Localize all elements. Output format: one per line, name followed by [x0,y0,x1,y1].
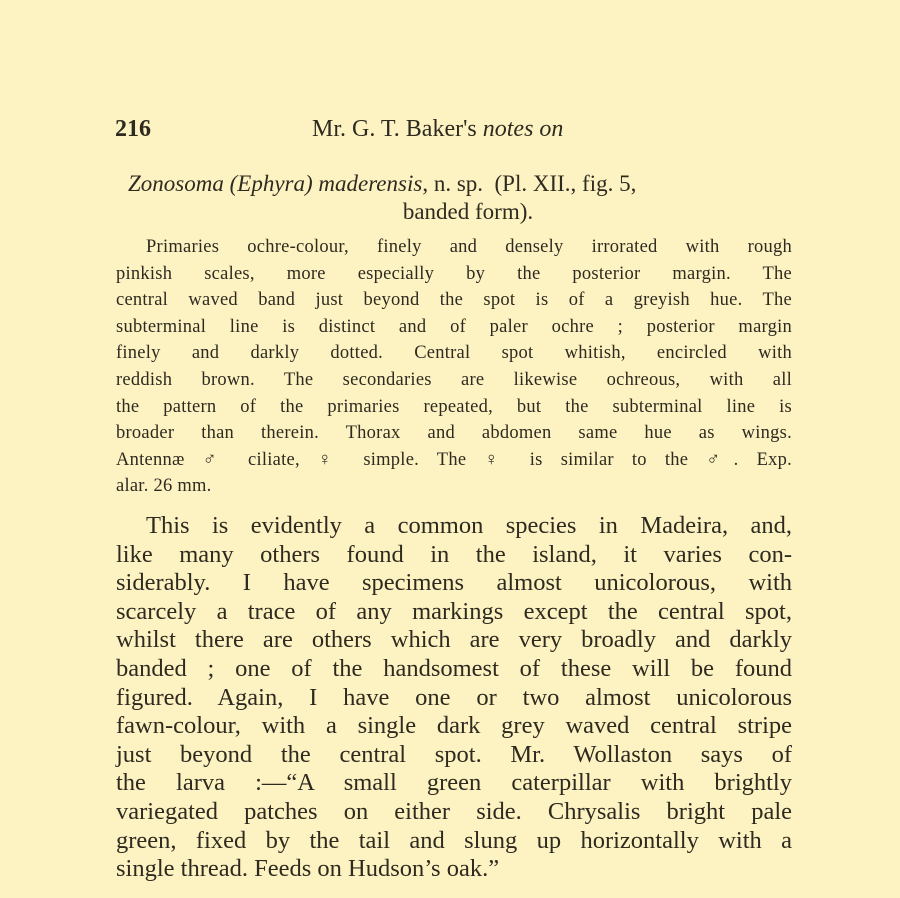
description-line: alar. 26 mm. [116,473,792,500]
body-line: scarcely a trace of any markings except … [116,598,792,627]
description-line: finely and darkly dotted. Central spot w… [116,340,792,367]
body-line: figured. Again, I have one or two almost… [116,684,792,713]
body-line: single thread. Feeds on Hudson’s oak.” [116,855,792,884]
body-line: the larva :—“A small green caterpillar w… [116,769,792,798]
description-line: reddish brown. The secondaries are likew… [116,367,792,394]
page-number: 216 [115,116,151,143]
body-line: banded ; one of the handsomest of these … [116,655,792,684]
running-title-plain: Mr. G. T. Baker's [312,116,483,142]
body-line: This is evidently a common species in Ma… [116,512,792,541]
body-line: siderably. I have specimens almost unico… [116,569,792,598]
species-heading-rest: , n. sp. (Pl. XII., fig. 5, [422,171,636,196]
description-line: Antennæ ♂ ciliate, ♀ simple. The ♀ is si… [116,447,792,474]
running-title-italic: notes on [483,116,564,142]
body-line: whilst there are others which are very b… [116,626,792,655]
species-epithet: maderensis [318,171,422,196]
body-line: like many others found in the island, it… [116,541,792,570]
species-description: Primaries ochre-colour, finely and dense… [116,234,792,500]
book-page: 216 Mr. G. T. Baker's notes on Zonosoma … [0,0,900,898]
running-head: 216 Mr. G. T. Baker's notes on [115,116,815,146]
description-line: Primaries ochre-colour, finely and dense… [116,234,792,261]
running-title: Mr. G. T. Baker's notes on [312,116,563,143]
species-heading: Zonosoma (Ephyra) maderensis, n. sp. (Pl… [128,170,808,226]
subgenus: (Ephyra) [230,171,313,196]
description-line: central waved band just beyond the spot … [116,287,792,314]
body-line: variegated patches on either side. Chrys… [116,798,792,827]
description-line: subterminal line is distinct and of pale… [116,314,792,341]
body-line: green, fixed by the tail and slung up ho… [116,827,792,856]
body-paragraph: This is evidently a common species in Ma… [116,512,792,884]
species-heading-line-2: banded form). [128,198,808,226]
species-heading-line-1: Zonosoma (Ephyra) maderensis, n. sp. (Pl… [128,170,808,198]
description-line: broader than therein. Thorax and abdomen… [116,420,792,447]
body-line: just beyond the central spot. Mr. Wollas… [116,741,792,770]
description-line: pinkish scales, more especially by the p… [116,261,792,288]
description-line: the pattern of the primaries repeated, b… [116,394,792,421]
body-line: fawn-colour, with a single dark grey wav… [116,712,792,741]
genus: Zonosoma [128,171,224,196]
